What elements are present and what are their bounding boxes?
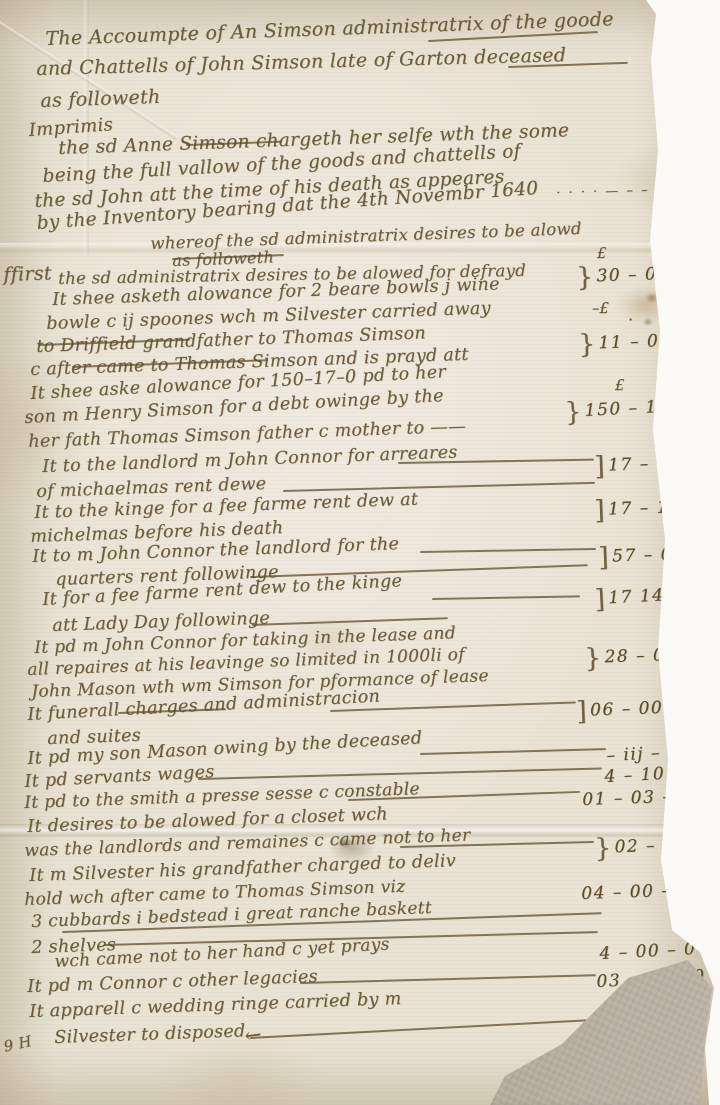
amount-brace: } — [591, 1008, 610, 1039]
ink-mark: £ — [597, 244, 607, 262]
amount-value: ]06 – 00 – 0 — [576, 693, 700, 727]
amount-brace: } — [584, 643, 603, 674]
ink-stroke — [250, 564, 588, 577]
ink-stroke — [250, 1019, 590, 1038]
amount-text: 4 – 10 – · — [604, 762, 696, 787]
ink-mark: ← — [243, 1022, 263, 1048]
amount-value: }30 – 00 – 0 — [576, 258, 706, 292]
amount-text: 03 – 06 – 0 — [596, 966, 706, 992]
amount-text: 4 – 00 – 0 — [599, 939, 697, 964]
amount-brace: } — [594, 833, 613, 864]
amount-text: 17 – 14 10 — [608, 496, 713, 520]
manuscript-line: whereof the sd administratrix desires to… — [150, 219, 582, 253]
amount-value: ]17 – 14 10 — [594, 492, 713, 526]
amount-brace: ] — [594, 452, 607, 482]
amount-text: – iij – o — [606, 742, 680, 766]
amount-value: }05 – 00 – 0 — [591, 1004, 720, 1038]
amount-text: 28 – 00 – 0 — [604, 643, 714, 667]
manuscript-page: The Accoumpte of An Simson administratri… — [0, 0, 720, 1105]
ink-mark: £ — [615, 376, 625, 394]
amount-text: 05 – 00 – 0 — [611, 1008, 720, 1032]
amount-text: 11 – 00 – 0 — [598, 329, 708, 353]
amount-brace: ] — [598, 543, 611, 573]
ink-layer: The Accoumpte of An Simson administratri… — [0, 0, 720, 1105]
ink-mark: · · · · — – – · · — [556, 182, 674, 201]
amount-value: 4 – 00 – 0 — [599, 939, 697, 964]
manuscript-line: as followeth — [40, 86, 161, 112]
ink-stroke — [283, 482, 595, 492]
ink-stroke — [432, 595, 580, 599]
amount-text: 17 14 10 — [608, 584, 697, 609]
amount-text: 02 – 00 – 0 — [614, 833, 720, 857]
amount-value: 01 – 03 – 0 — [582, 786, 692, 810]
amount-value: }28 – 00 – 0 — [584, 639, 714, 673]
amount-value: ]57 – 00 – 0 — [598, 539, 720, 573]
amount-value: 03 – 06 – 0 — [596, 966, 706, 992]
amount-value: }11 – 00 – 0 — [578, 325, 708, 359]
ink-stroke — [300, 974, 596, 983]
manuscript-line: 9 H — [2, 1032, 33, 1055]
amount-text: 04 – 00 – 0 — [581, 880, 691, 904]
ink-stroke — [420, 548, 596, 553]
amount-text: 150 – 19 – 0 — [584, 395, 706, 421]
amount-value: }02 – 00 – 0 — [594, 829, 720, 863]
manuscript-line: The Accoumpte of An Simson administratri… — [45, 8, 614, 50]
amount-brace: ] — [594, 496, 607, 526]
amount-value: ]17 14 10 — [594, 580, 697, 615]
amount-text: 57 – 00 – 0 — [612, 543, 720, 567]
manuscript-line: and Chattells of John Simson late of Gar… — [36, 44, 567, 80]
amount-value: }150 – 19 – 0 — [564, 391, 707, 428]
ink-stroke — [420, 748, 606, 754]
amount-value: 4 – 10 – · — [604, 762, 696, 787]
amount-value: – iij – o — [606, 742, 680, 766]
ink-mark: · — [628, 310, 633, 329]
ink-mark: –£ — [592, 299, 609, 317]
manuscript-line: ffirst — [3, 262, 52, 286]
amount-text: 06 – 00 – 0 — [590, 697, 700, 721]
amount-text: 17 – 00 – 0 — [608, 452, 718, 476]
amount-value: ]17 – 00 – 0 — [594, 448, 718, 482]
amount-text: 01 – 03 – 0 — [582, 786, 692, 810]
amount-text: 30 – 00 – 0 — [596, 262, 706, 286]
amount-brace: ] — [594, 584, 607, 615]
manuscript-line: Silvester to disposed — [54, 1021, 246, 1048]
ink-stroke — [198, 767, 602, 779]
amount-value: 04 – 00 – 0 — [581, 880, 691, 904]
amount-brace: } — [576, 262, 595, 293]
amount-brace: ] — [576, 697, 589, 727]
amount-brace: } — [564, 397, 584, 428]
scanned-document-canvas: The Accoumpte of An Simson administratri… — [0, 0, 720, 1105]
amount-brace: } — [578, 329, 597, 360]
